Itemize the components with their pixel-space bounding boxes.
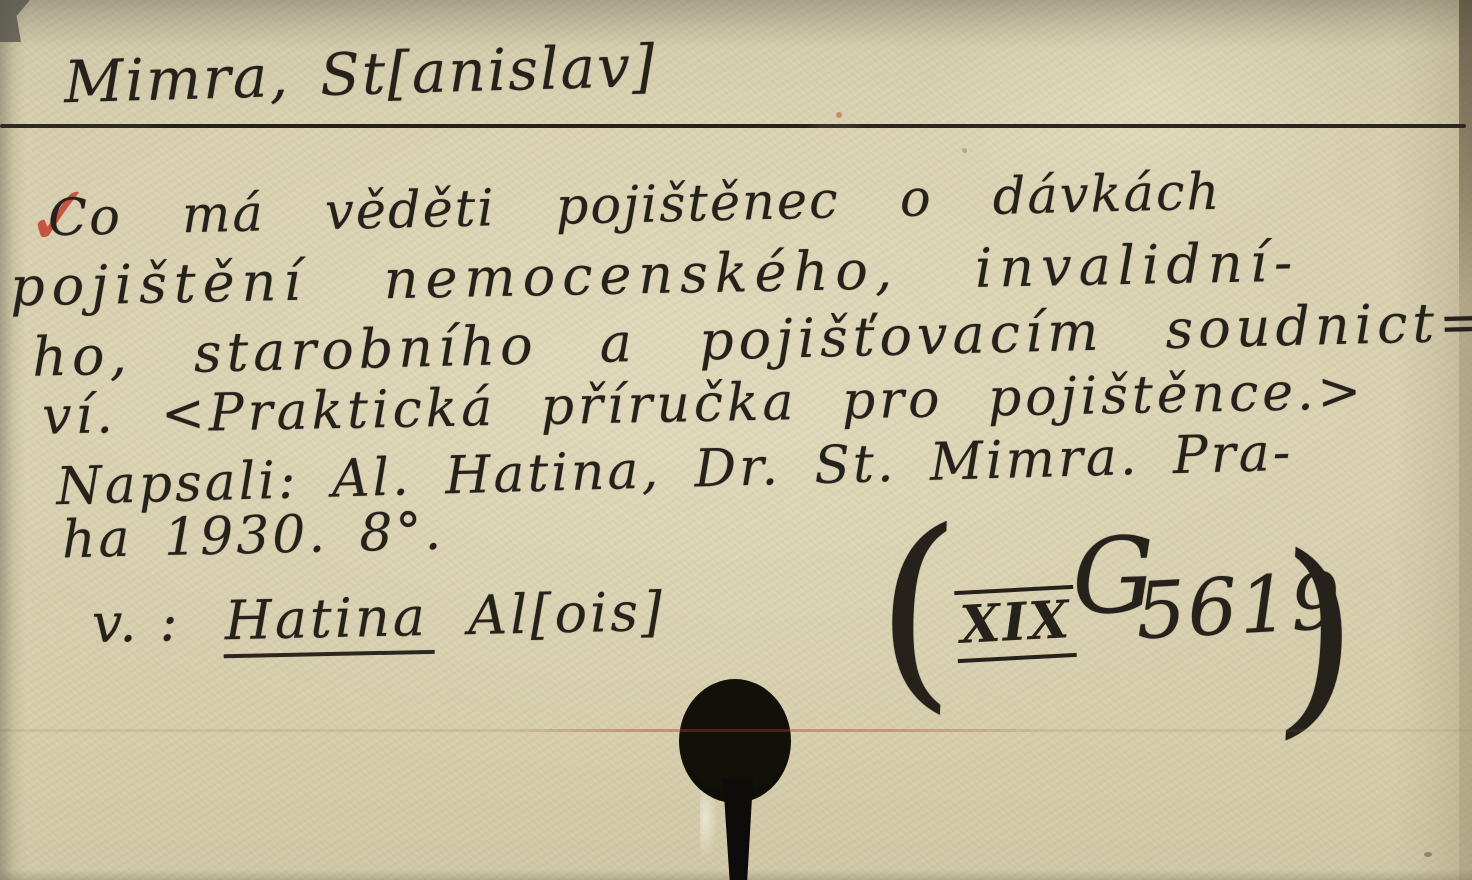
call-number-close-paren: ) <box>1271 528 1365 744</box>
call-number-open-paren: ( <box>872 501 962 716</box>
call-number: ( XIX G 5619 ) <box>880 516 1350 726</box>
card-crease-line <box>0 729 1472 732</box>
cross-reference-prefix: v. : <box>91 590 181 655</box>
paper-tear <box>700 790 718 860</box>
cross-reference-line: v. : Hatina Al[ois] <box>91 580 665 661</box>
imprint-line-2: ha 1930. 8°. <box>61 502 444 571</box>
cross-reference-name: Hatina <box>222 585 435 658</box>
scan-edge-right <box>1459 0 1472 880</box>
scan-edge-top <box>0 0 1472 48</box>
scan-edge-left <box>0 0 26 880</box>
heading-underline-rule <box>0 124 1466 128</box>
ink-speck <box>836 112 842 118</box>
ink-speck <box>1424 852 1432 857</box>
call-number-roman-class: XIX <box>954 585 1077 663</box>
cross-reference-suffix: Al[ois] <box>467 580 665 647</box>
catalog-card: Mimra, St[anislav] ✓ Co má věděti pojišt… <box>0 0 1472 880</box>
ink-speck <box>962 148 967 153</box>
